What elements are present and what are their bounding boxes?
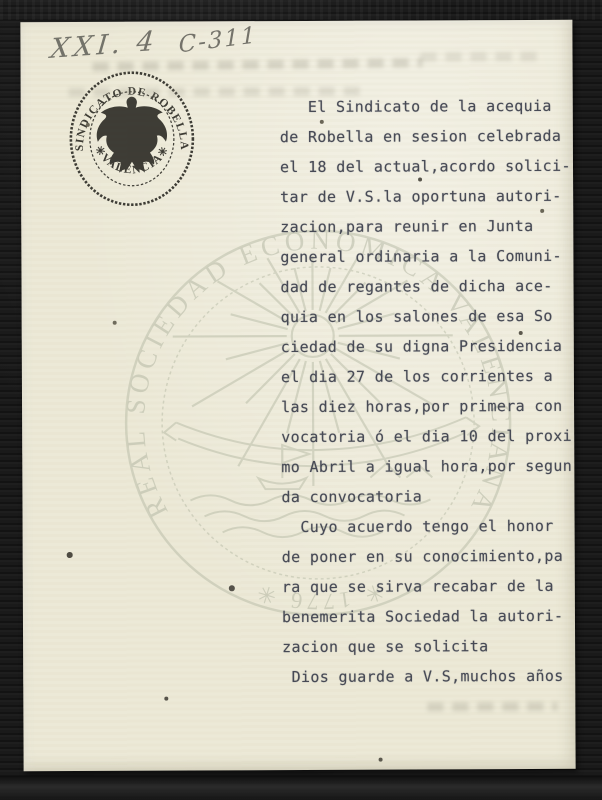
letter-line: ra que se sirva recabar de la: [282, 571, 576, 602]
letter-line: zacion,para reunir en Junta: [280, 211, 575, 242]
letter-line: de poner en su conocimiento,pa: [282, 541, 576, 572]
letter-line: de Robella en sesion celebrada: [280, 121, 576, 152]
letter-line: el 18 del actual,acordo solici-: [280, 151, 576, 182]
scan-background: XXI. 4 C-311 REAL SOCIEDAD ECONOMICA VAL…: [0, 0, 602, 800]
letter-line: vocatoria ó el dia 10 del proxi: [281, 421, 576, 452]
sindicato-rubber-stamp: SINDICATO DE ROBELLA ✳VALENCIA✳: [65, 62, 200, 211]
letter-line: las diez horas,por primera con: [281, 391, 576, 422]
letter-line: dad de regantes de dicha ace-: [280, 271, 575, 302]
letter-line: Dios guarde a V.S,muchos años: [282, 661, 575, 692]
letter-line: mo Abril a igual hora,por segun: [281, 451, 575, 482]
letter-line: zacion que se solicita: [282, 631, 576, 662]
letter-line: El Sindicato de la acequia: [280, 91, 576, 122]
document-page: XXI. 4 C-311 REAL SOCIEDAD ECONOMICA VAL…: [20, 20, 575, 771]
letter-line: quia en los salones de esa So: [281, 301, 576, 332]
bleedthrough-text: [421, 52, 541, 62]
letter-line: da convocatoria: [281, 481, 575, 512]
letter-body: El Sindicato de la acequiade Robella en …: [280, 91, 576, 692]
letter-line: ciedad de su digna Presidencia: [281, 331, 576, 362]
archival-classification-mark: XXI. 4: [49, 26, 159, 65]
letter-line: benemerita Sociedad la autori-: [282, 601, 576, 632]
letter-line: tar de V.S.la oportuna autori-: [280, 181, 576, 212]
bleedthrough-text: [427, 702, 557, 712]
archival-reference-mark: C-311: [178, 22, 257, 58]
letter-line: general ordinaria a la Comuni-: [280, 241, 575, 272]
paper-specks: [20, 22, 22, 24]
letter-line: el dia 27 de los corrientes a: [281, 361, 576, 392]
letter-line: Cuyo acuerdo tengo el honor: [282, 511, 576, 542]
bleedthrough-text: [93, 58, 423, 71]
